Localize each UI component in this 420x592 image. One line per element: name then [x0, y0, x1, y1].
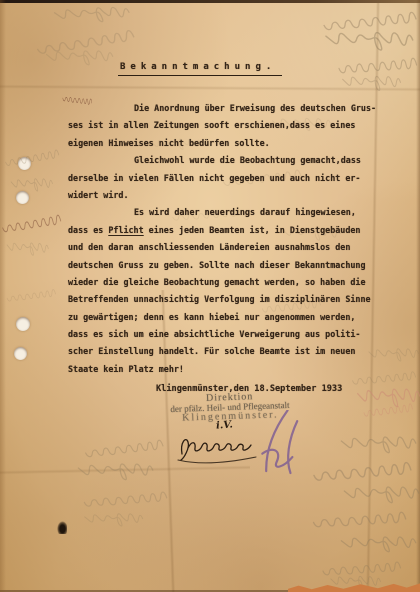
- body-line-text: eines jeden Beamten ist, in Dienstgebäud…: [144, 225, 361, 235]
- body-line: ses ist in allen Zeitungen sooft erschie…: [68, 117, 376, 134]
- ink-signature: [176, 434, 280, 466]
- scan-edge-right: [416, 0, 420, 592]
- body-line: Es wird daher neuerdings darauf hingewie…: [68, 204, 376, 221]
- scan-edge-left: [0, 0, 6, 592]
- body-line-text: Es wird daher neuerdings darauf hingewie…: [134, 207, 356, 217]
- bleedthrough-left-margin: [5, 150, 59, 303]
- punch-hole: [14, 347, 27, 360]
- body-line: dass es Pflicht eines jeden Beamten ist,…: [68, 222, 376, 239]
- punch-hole: [18, 157, 31, 170]
- paper-crease: [0, 85, 420, 92]
- bleedthrough-top-left: [37, 2, 134, 69]
- body-line-text: Betreffenden unnachsichtig Verfolgung im…: [68, 294, 371, 304]
- body-line-text: dass es sich um eine absichtliche Verwei…: [68, 329, 360, 339]
- body-line-text: dass es: [68, 225, 108, 235]
- body-line-text: Staate kein Platz mehr!: [68, 364, 184, 374]
- punch-hole: [16, 191, 29, 204]
- scan-edge-top: [0, 0, 420, 3]
- body-line: Betreffenden unnachsichtig Verfolgung im…: [68, 291, 376, 308]
- body-line: scher Einstellung handelt. Für solche Be…: [68, 343, 376, 360]
- punch-hole: [16, 317, 30, 331]
- body-line: dass es sich um eine absichtliche Verwei…: [68, 326, 376, 343]
- bleedthrough-top-right: [324, 12, 417, 94]
- torn-edge: [288, 581, 420, 592]
- body-line: widert wird.: [68, 187, 376, 204]
- body-line: Gleichwohl wurde die Beobachtung gemacht…: [68, 152, 376, 169]
- scanned-document-page: Bekanntmachung. Die Anordnung über Erwei…: [0, 0, 420, 592]
- body-line: wieder die gleiche Beobachtung gemacht w…: [68, 274, 376, 291]
- body-line: eigenen Hinweises nicht bedürfen sollte.: [68, 135, 376, 152]
- underlined-word-pflicht: Pflicht: [108, 225, 143, 235]
- document-title: Bekanntmachung.: [118, 62, 282, 76]
- ink-blot: [57, 521, 67, 534]
- body-line: derselbe in vielen Fällen nicht gegeben …: [68, 170, 376, 187]
- body-line-text: derselbe in vielen Fällen nicht gegeben …: [68, 173, 360, 183]
- paper-crease: [0, 465, 250, 474]
- body-line-text: widert wird.: [68, 190, 129, 200]
- body-line: Die Anordnung über Erweisung des deutsch…: [68, 100, 376, 117]
- dateline: Klingenmünster,den 18.September 1933: [156, 384, 342, 394]
- body-line-text: deutschen Gruss zu geben. Sollte nach di…: [68, 260, 366, 270]
- purple-pencil-signature: [256, 410, 322, 490]
- document-title-text: Bekanntmachung.: [118, 62, 282, 76]
- body-line-text: Die Anordnung über Erweisung des deutsch…: [134, 103, 376, 113]
- body-line-text: Gleichwohl wurde die Beobachtung gemacht…: [134, 155, 361, 165]
- body-line-text: wieder die gleiche Beobachtung gemacht w…: [68, 277, 366, 287]
- handwritten-iv: i.V.: [216, 419, 234, 431]
- body-line: zu gewärtigen; denn es kann hiebei nur a…: [68, 309, 376, 326]
- body-line-text: zu gewärtigen; denn es kann hiebei nur a…: [68, 312, 355, 322]
- body-line-text: ses ist in allen Zeitungen sooft erschie…: [68, 120, 355, 130]
- body-line: Staate kein Platz mehr!: [68, 361, 376, 378]
- bleedthrough-bottom-left: [78, 440, 167, 530]
- body-line: und den daran anschliessenden Ländereien…: [68, 239, 376, 256]
- body-line-text: eigenen Hinweises nicht bedürfen sollte.: [68, 138, 270, 148]
- document-body: Die Anordnung über Erweisung des deutsch…: [68, 100, 376, 378]
- body-line-text: und den daran anschliessenden Ländereien…: [68, 242, 350, 252]
- red-bleedthrough: [357, 384, 420, 418]
- body-line-text: scher Einstellung handelt. Für solche Be…: [68, 346, 355, 356]
- body-line: deutschen Gruss zu geben. Sollte nach di…: [68, 257, 376, 274]
